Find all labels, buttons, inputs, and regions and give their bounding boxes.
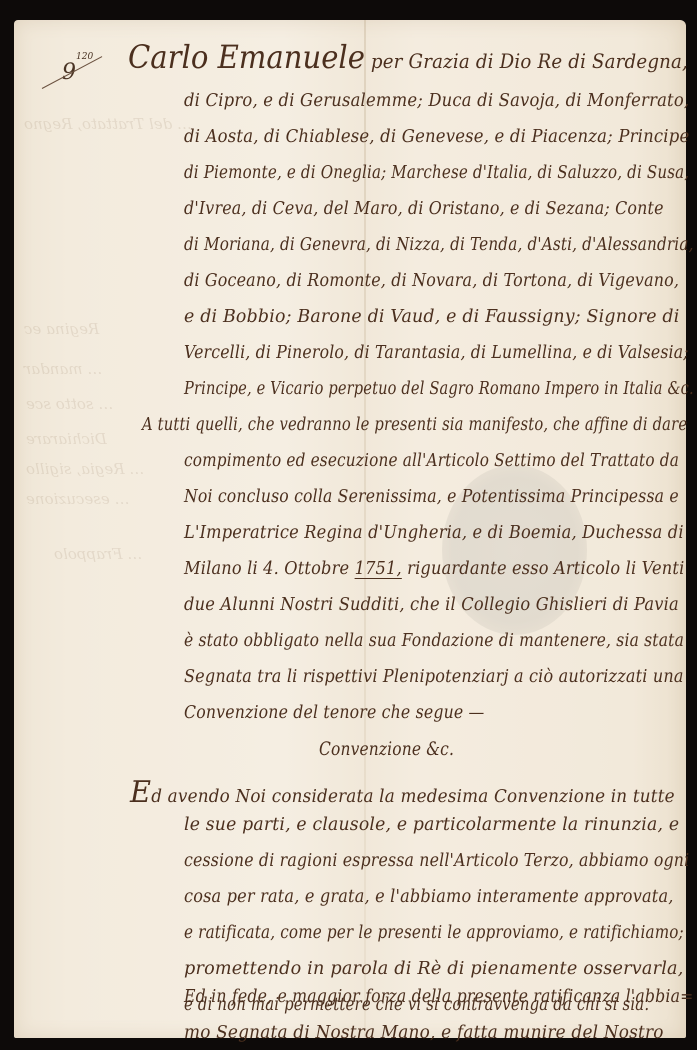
manuscript-line-28: Ed in fede, e maggior forza della presen… bbox=[184, 987, 694, 1007]
line-text: per Grazia di Dio Re di Sardegna, bbox=[365, 49, 688, 73]
bleed-through-text: Dichiarare bbox=[26, 430, 107, 448]
manuscript-line-15: Milano li 4. Ottobre 1751, riguardante e… bbox=[184, 559, 684, 579]
manuscript-line-5: d'Ivrea, di Ceva, del Maro, di Oristano,… bbox=[184, 199, 664, 219]
section-heading-convenzione: Convenzione &c. bbox=[319, 738, 454, 760]
manuscript-line-18: Segnata tra li rispettivi Plenipotenziar… bbox=[184, 667, 684, 687]
line-text: riguardante esso Articolo li Venti bbox=[402, 559, 685, 579]
decorated-initial: E bbox=[130, 775, 151, 810]
treaty-date-year: 1751, bbox=[355, 559, 402, 579]
manuscript-line-3: di Aosta, di Chiablese, di Genevese, e d… bbox=[184, 127, 689, 147]
manuscript-line-19: Convenzione del tenore che segue — bbox=[184, 703, 484, 723]
manuscript-line-17: è stato obbligato nella sua Fondazione d… bbox=[184, 631, 684, 651]
bleed-through-text: … esecuzione bbox=[26, 490, 130, 508]
manuscript-line-8: e di Bobbio; Barone di Vaud, e di Faussi… bbox=[184, 307, 679, 327]
manuscript-line-14: L'Imperatrice Regina d'Ungheria, e di Bo… bbox=[184, 523, 684, 543]
bleed-through-text: Regina ec bbox=[24, 320, 99, 338]
folio-superscript: 120 bbox=[76, 52, 93, 62]
manuscript-line-21: Ed avendo Noi considerata la medesima Co… bbox=[130, 775, 675, 810]
bleed-through-text: … Regia, sigillo bbox=[26, 460, 144, 478]
bleed-through-text: … del Trattato, Regno bbox=[24, 115, 192, 133]
manuscript-line-12: compimento ed esecuzione all'Articolo Se… bbox=[184, 451, 679, 471]
bleed-through-text: … mandar bbox=[24, 360, 102, 378]
bleed-through-text: … Frappolo bbox=[54, 545, 142, 563]
manuscript-line-4: di Piemonte, e di Oneglia; Marchese d'It… bbox=[184, 163, 689, 183]
manuscript-line-26: promettendo in parola di Rè di pienament… bbox=[184, 959, 684, 979]
manuscript-line-24: cosa per rata, e grata, e l'abbiamo inte… bbox=[184, 887, 674, 907]
manuscript-line-6: di Moriana, di Genevra, di Nizza, di Ten… bbox=[184, 235, 694, 255]
line-text: d avendo Noi considerata la medesima Con… bbox=[151, 787, 675, 807]
manuscript-line-10: Principe, e Vicario perpetuo del Sagro R… bbox=[184, 379, 694, 399]
manuscript-line-2: di Cipro, e di Gerusalemme; Duca di Savo… bbox=[184, 91, 689, 111]
manuscript-line-13: Noi concluso colla Serenissima, e Potent… bbox=[184, 487, 679, 507]
manuscript-line-29: mo Segnata di Nostra Mano, e fatta munir… bbox=[184, 1023, 664, 1043]
manuscript-line-22: le sue parti, e clausole, e particolarme… bbox=[184, 815, 679, 835]
line-text: Milano li 4. Ottobre bbox=[184, 559, 355, 579]
folio-number: 9 120 bbox=[62, 60, 76, 85]
manuscript-page: … del Trattato, Regno Regina ec … mandar… bbox=[14, 20, 686, 1038]
manuscript-line-1: Carlo Emanuele per Grazia di Dio Re di S… bbox=[128, 38, 688, 76]
manuscript-line-16: due Alunni Nostri Sudditi, che il Colleg… bbox=[184, 595, 679, 615]
manuscript-line-11: A tutti quelli, che vedranno le presenti… bbox=[142, 415, 687, 435]
manuscript-line-9: Vercelli, di Pinerolo, di Tarantasia, di… bbox=[184, 343, 689, 363]
manuscript-line-7: di Goceano, di Romonte, di Novara, di To… bbox=[184, 271, 679, 291]
manuscript-line-25: e ratificata, come per le presenti le ap… bbox=[184, 923, 684, 943]
manuscript-line-23: cessione di ragioni espressa nell'Artico… bbox=[184, 851, 689, 871]
bleed-through-text: … sotto sce bbox=[26, 395, 113, 413]
sovereign-name: Carlo Emanuele bbox=[128, 38, 365, 76]
